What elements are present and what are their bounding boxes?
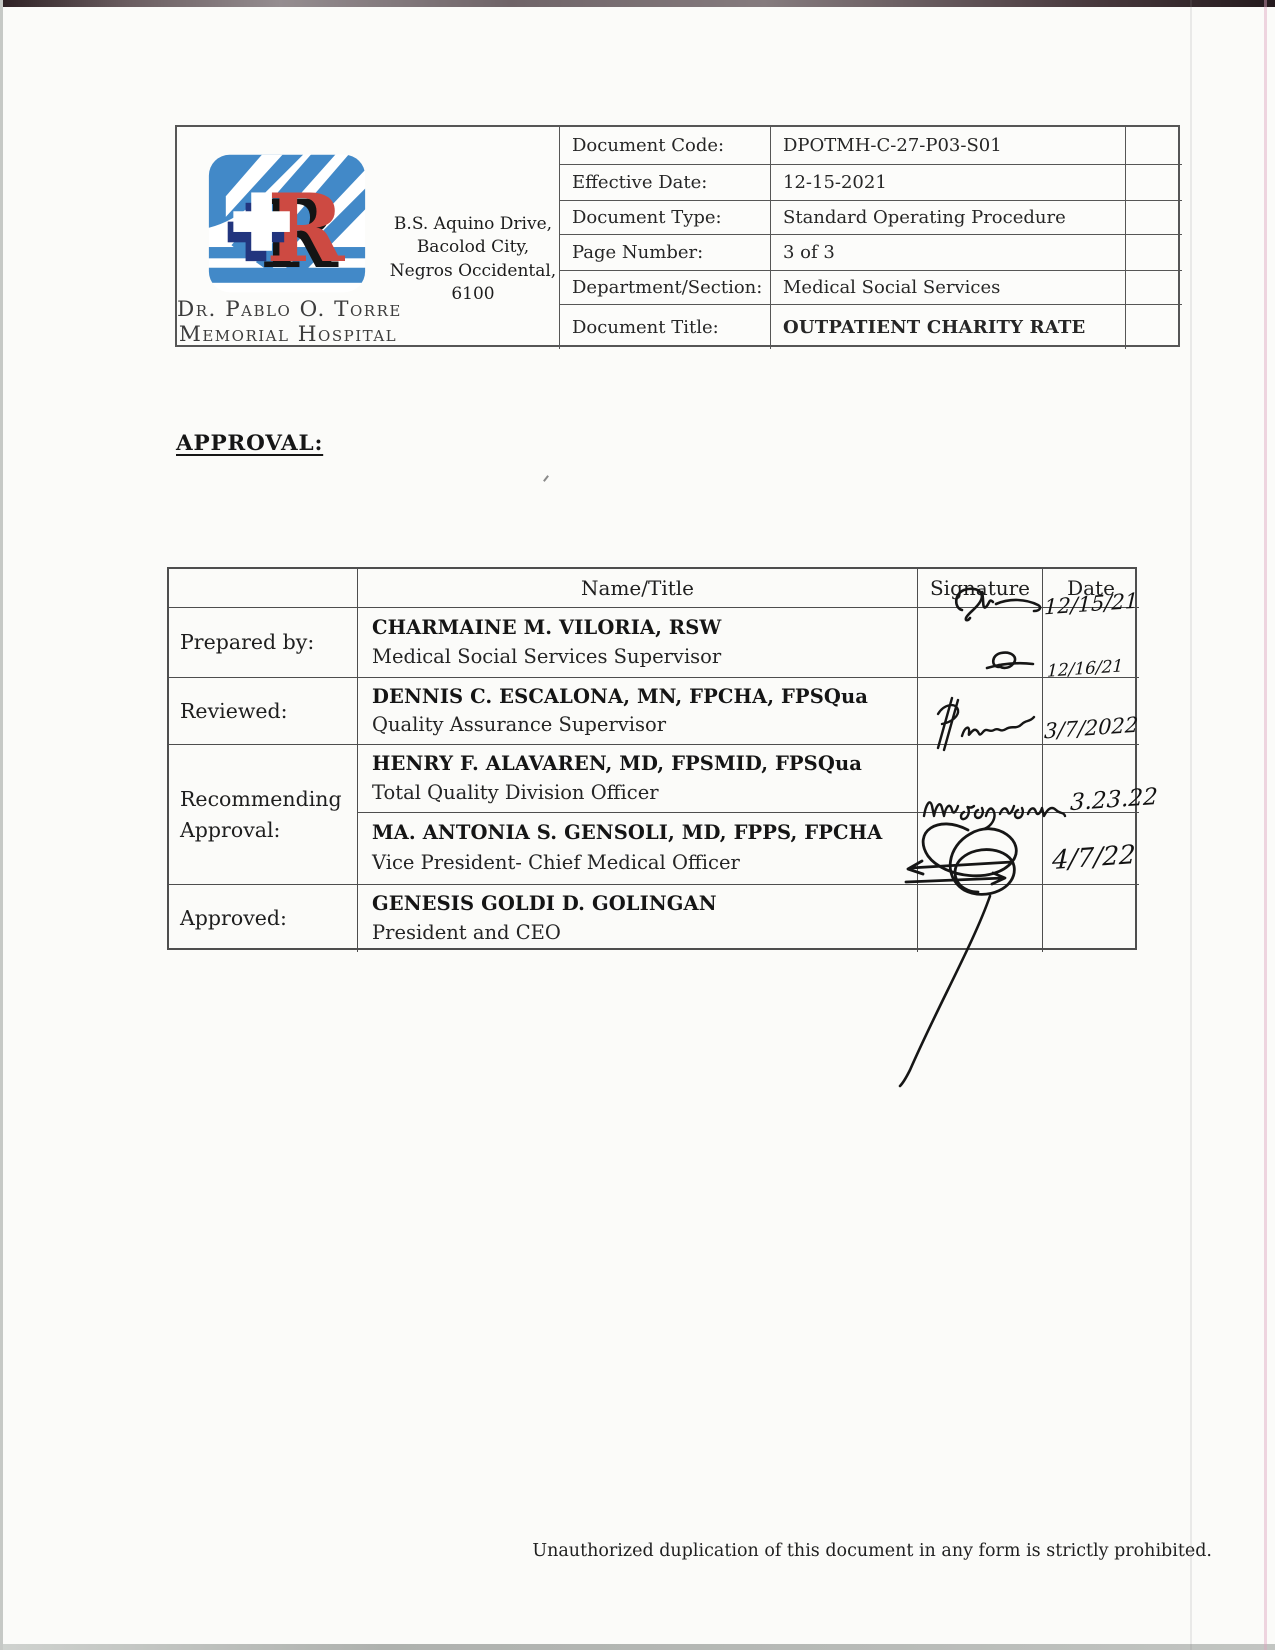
approval-name-cell: MA. ANTONIA S. GENSOLI, MD, FPPS, FPCHA … — [357, 812, 917, 884]
scan-edge-top — [0, 0, 1275, 7]
field-value-page-number: 3 of 3 — [770, 234, 1125, 270]
address-line: B.S. Aquino Drive, — [389, 213, 557, 236]
field-value-document-title: OUTPATIENT CHARITY RATE — [770, 304, 1125, 349]
signature-cell — [917, 607, 1042, 677]
person-title: Medical Social Services Supervisor — [372, 645, 911, 669]
paper-fold-line — [1190, 0, 1192, 1650]
person-name: DENNIS C. ESCALONA, MN, FPCHA, FPSQua — [372, 685, 911, 709]
scan-edge-right-pink — [1264, 0, 1267, 1650]
approval-header-signature: Signature — [917, 569, 1042, 607]
address-line: 6100 — [389, 283, 557, 306]
person-title: President and CEO — [372, 921, 911, 945]
footer-disclaimer: Unauthorized duplication of this documen… — [532, 1541, 1212, 1561]
approval-role-prepared-by: Prepared by: — [169, 607, 357, 677]
empty-cell — [1125, 127, 1182, 164]
scan-speck — [543, 475, 549, 482]
approval-table: Name/Title Signature Date Prepared by: C… — [167, 567, 1137, 950]
approval-role-recommending-approval: Recommending Approval: — [169, 744, 357, 884]
address-line: Negros Occidental, — [389, 260, 557, 283]
approval-role-approved: Approved: — [169, 884, 357, 952]
field-label-document-title: Document Title: — [559, 304, 770, 349]
field-label-effective-date: Effective Date: — [559, 164, 770, 200]
approval-name-cell: DENNIS C. ESCALONA, MN, FPCHA, FPSQua Qu… — [357, 677, 917, 744]
empty-cell — [1125, 304, 1182, 349]
signature-cell — [917, 812, 1042, 884]
approval-name-cell: CHARMAINE M. VILORIA, RSW Medical Social… — [357, 607, 917, 677]
person-name: HENRY F. ALAVAREN, MD, FPSMID, FPSQua — [372, 752, 911, 776]
field-value-effective-date: 12-15-2021 — [770, 164, 1125, 200]
signature-cell — [917, 884, 1042, 952]
empty-cell — [1125, 270, 1182, 304]
person-title: Total Quality Division Officer — [372, 781, 911, 805]
person-name: CHARMAINE M. VILORIA, RSW — [372, 616, 911, 640]
approval-header-empty — [169, 569, 357, 607]
field-label-department: Department/Section: — [559, 270, 770, 304]
address-line: Bacolod City, — [389, 236, 557, 259]
empty-cell — [1125, 164, 1182, 200]
scan-edge-left — [0, 0, 3, 1650]
person-title: Vice President- Chief Medical Officer — [372, 851, 911, 875]
field-value-document-code: DPOTMH-C-27-P03-S01 — [770, 127, 1125, 164]
handwritten-date-gensoli: 3.23.22 — [1070, 784, 1158, 816]
empty-cell — [1125, 200, 1182, 234]
field-value-department: Medical Social Services — [770, 270, 1125, 304]
field-label-document-type: Document Type: — [559, 200, 770, 234]
date-cell — [1042, 884, 1139, 952]
person-name: MA. ANTONIA S. GENSOLI, MD, FPPS, FPCHA — [372, 821, 911, 845]
field-value-document-type: Standard Operating Procedure — [770, 200, 1125, 234]
hospital-name: Dr. Pablo O. Torre Memorial Hospital — [177, 297, 399, 348]
signature-cell — [917, 677, 1042, 744]
approval-section-heading: APPROVAL: — [176, 431, 323, 456]
approval-role-reviewed: Reviewed: — [169, 677, 357, 744]
hospital-name-line1: Dr. Pablo O. Torre — [177, 297, 399, 322]
approval-name-cell: GENESIS GOLDI D. GOLINGAN President and … — [357, 884, 917, 952]
scanned-document-page: R R B.S. Aquino Drive, Bacolod City, Neg… — [0, 0, 1275, 1650]
hospital-r-cross-logo-icon: R R — [207, 150, 367, 297]
field-label-document-code: Document Code: — [559, 127, 770, 164]
hospital-address: B.S. Aquino Drive, Bacolod City, Negros … — [389, 213, 557, 307]
handwritten-date-approved: 4/7/22 — [1052, 840, 1137, 876]
person-title: Quality Assurance Supervisor — [372, 713, 911, 737]
scan-edge-bottom — [0, 1644, 1275, 1650]
document-header-table: R R B.S. Aquino Drive, Bacolod City, Neg… — [175, 125, 1180, 347]
signature-cell — [917, 744, 1042, 812]
field-label-page-number: Page Number: — [559, 234, 770, 270]
empty-cell — [1125, 234, 1182, 270]
hospital-identity-cell: R R B.S. Aquino Drive, Bacolod City, Neg… — [177, 127, 559, 349]
person-name: GENESIS GOLDI D. GOLINGAN — [372, 892, 911, 916]
approval-header-name-title: Name/Title — [357, 569, 917, 607]
hospital-name-line2: Memorial Hospital — [177, 322, 399, 347]
approval-name-cell: HENRY F. ALAVAREN, MD, FPSMID, FPSQua To… — [357, 744, 917, 812]
